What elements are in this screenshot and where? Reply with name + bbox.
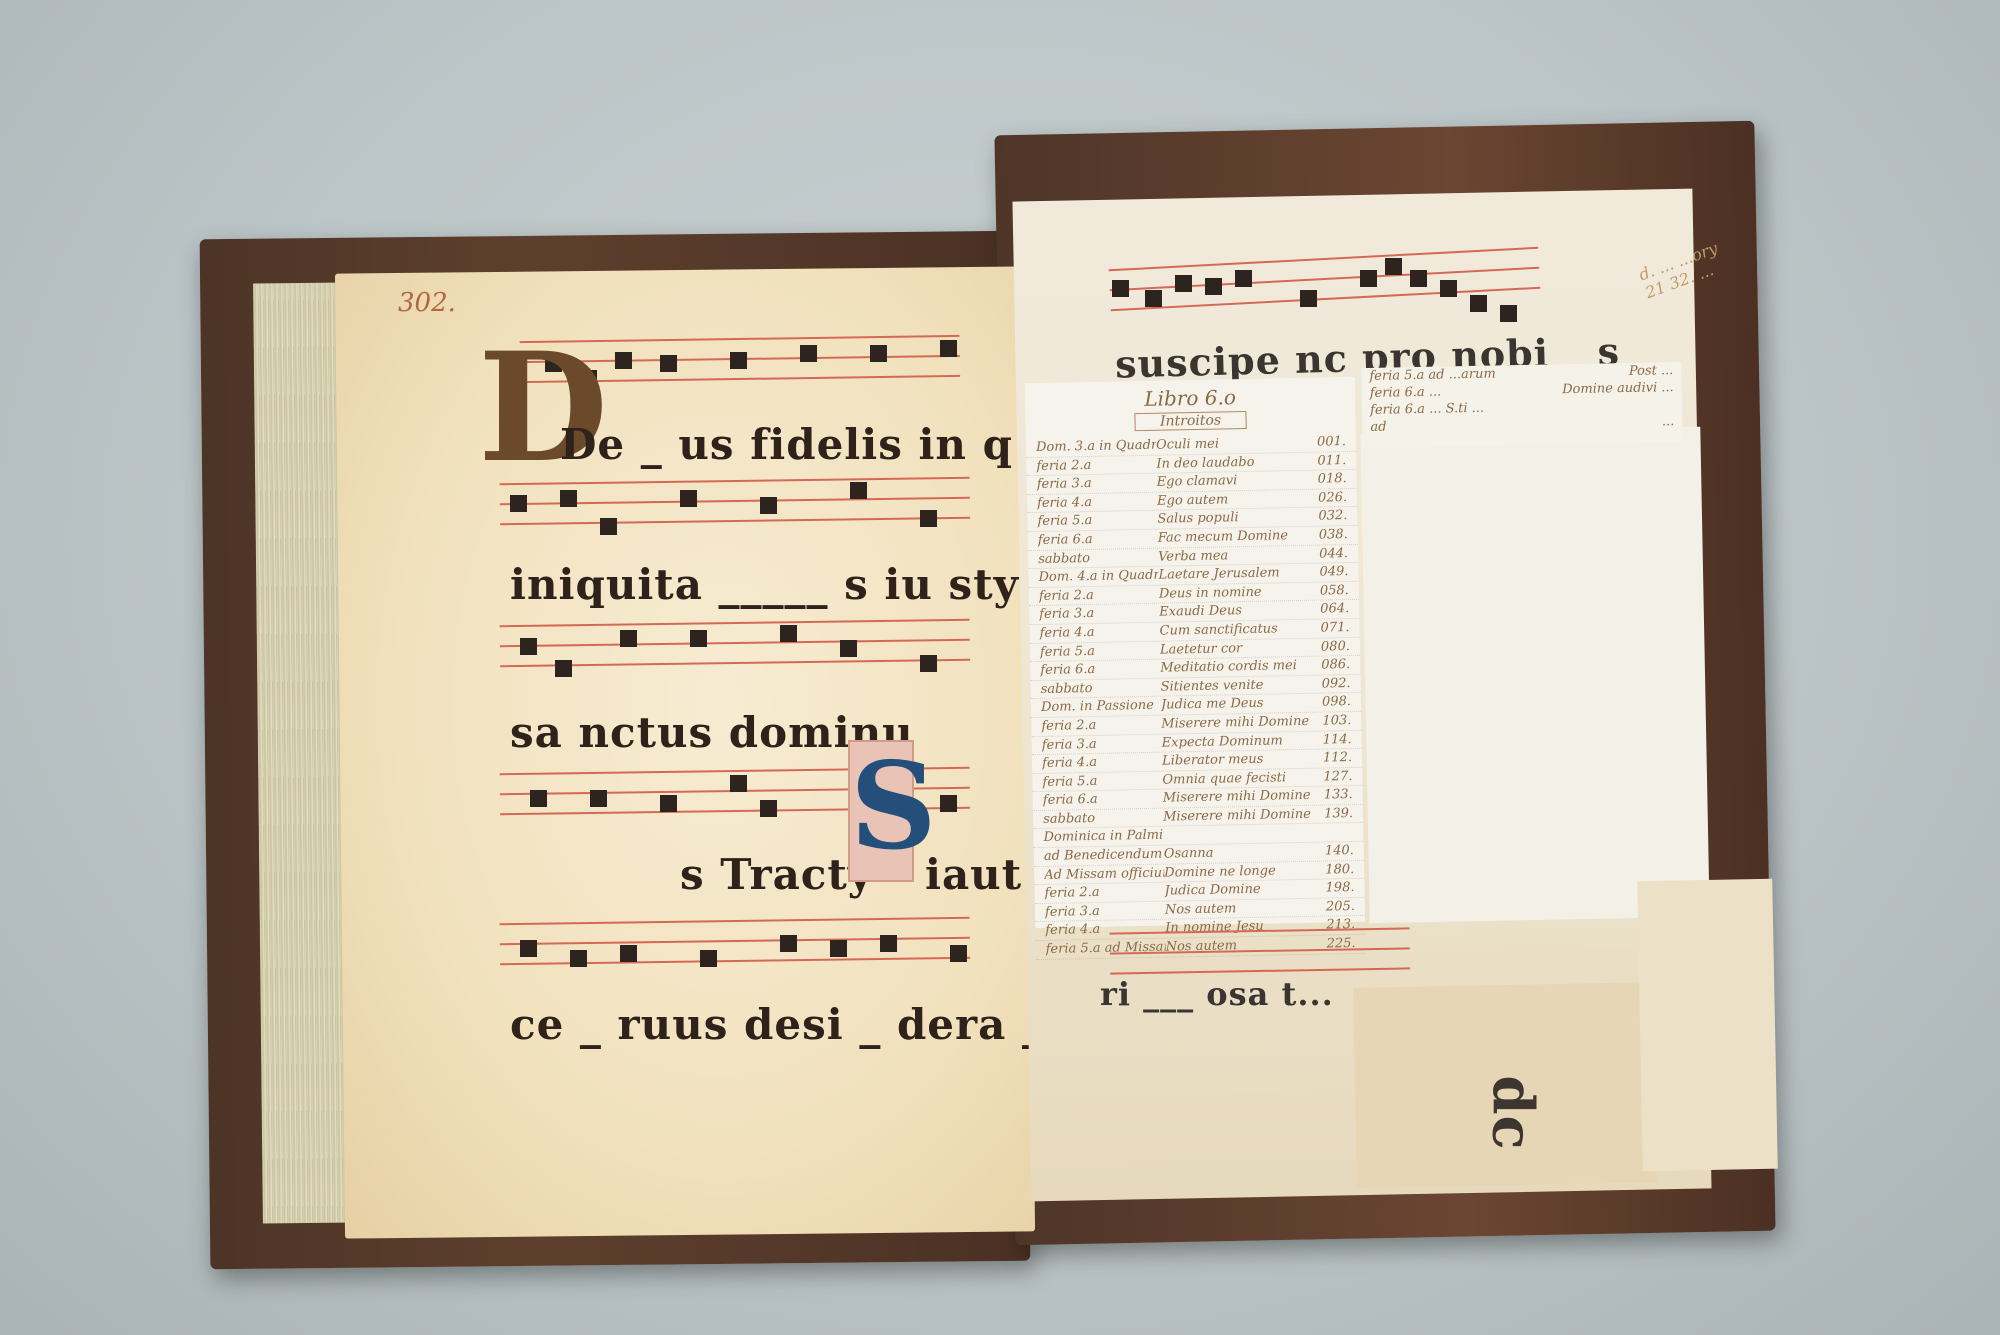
neume <box>1235 270 1252 287</box>
neume <box>590 790 607 807</box>
index-text: Nos autem <box>1165 898 1321 919</box>
index-text: Laetare Jerusalem <box>1158 564 1314 585</box>
index-day: feria 5.a <box>1042 771 1162 791</box>
index-day: feria 2.a <box>1036 455 1156 475</box>
index-continued-rows: feria 5.a ad ...arumPost ...feria 6.a ..… <box>1361 362 1682 436</box>
index-text: Miserere mihi Domine <box>1163 787 1319 808</box>
index-page: 038. <box>1314 526 1348 544</box>
neume <box>1175 275 1192 292</box>
index-page: 103. <box>1317 712 1351 730</box>
index-text: Sitientes venite <box>1160 675 1316 696</box>
index-page: 080. <box>1316 638 1350 656</box>
index-page: 140. <box>1320 842 1354 860</box>
neume <box>660 795 677 812</box>
neume <box>840 640 857 657</box>
index-continued-sheet: feria 5.a ad ...arumPost ...feria 6.a ..… <box>1361 362 1682 448</box>
neume <box>780 935 797 952</box>
index-page: 044. <box>1314 545 1348 563</box>
index-page: 205. <box>1321 898 1355 916</box>
index-text <box>1163 824 1319 845</box>
index-text: Miserere mihi Domine <box>1163 806 1319 827</box>
index-text: Domine ne longe <box>1164 861 1320 882</box>
index-page: 180. <box>1320 861 1354 879</box>
index-text: Post ... <box>1629 362 1674 380</box>
pasted-blank-sheet <box>1360 427 1709 923</box>
neume <box>940 340 957 357</box>
neume <box>760 497 777 514</box>
neume <box>920 655 937 672</box>
neume <box>570 950 587 967</box>
index-day: Dom. in Passione <box>1041 697 1161 717</box>
index-text: Deus in nomine <box>1159 582 1315 603</box>
neume <box>1440 280 1457 297</box>
neume <box>680 490 697 507</box>
neume <box>615 352 632 369</box>
index-text: Ego autem <box>1157 489 1313 510</box>
neume <box>1112 280 1129 297</box>
index-text: Ego clamavi <box>1157 471 1313 492</box>
index-text: ... <box>1662 413 1675 430</box>
neume <box>520 940 537 957</box>
index-day: feria 6.a ... <box>1370 384 1442 402</box>
index-day: feria 2.a <box>1039 585 1159 605</box>
index-page: 098. <box>1317 693 1351 711</box>
index-page: 026. <box>1313 489 1347 507</box>
index-sheet: Libro 6.o Introitos Dom. 3.a in Quadrag.… <box>1025 377 1365 928</box>
index-day: feria 4.a <box>1042 753 1162 773</box>
index-day: feria 5.a <box>1040 641 1160 661</box>
index-text: Judica me Deus <box>1161 694 1317 715</box>
index-day: feria 6.a <box>1040 660 1160 680</box>
neume <box>600 518 617 535</box>
index-page: 133. <box>1319 786 1353 804</box>
index-day: feria 6.a <box>1038 530 1158 550</box>
index-page: 127. <box>1318 768 1352 786</box>
neume <box>520 638 537 655</box>
index-text: Meditatio cordis mei <box>1160 657 1316 678</box>
neume <box>620 630 637 647</box>
neume <box>1300 290 1317 307</box>
neume <box>800 345 817 362</box>
index-day: Ad Missam officium <box>1044 864 1164 884</box>
index-page: 049. <box>1314 563 1348 581</box>
index-page: 114. <box>1318 731 1352 749</box>
index-page: 001. <box>1312 433 1346 451</box>
index-page <box>1319 823 1353 841</box>
lyric-line-2: iniquita _____ s iu sty et <box>510 560 1083 609</box>
index-page: 071. <box>1315 619 1349 637</box>
neume <box>1470 295 1487 312</box>
index-day: feria 3.a <box>1042 734 1162 754</box>
index-text: In deo laudabo <box>1156 452 1312 473</box>
index-page: 086. <box>1316 656 1350 674</box>
index-page: 018. <box>1313 470 1347 488</box>
neume <box>830 940 847 957</box>
index-text: Salus populi <box>1157 508 1313 529</box>
index-page: 198. <box>1320 879 1354 897</box>
index-day: feria 5.a ad ...arum <box>1369 366 1496 385</box>
neume <box>555 660 572 677</box>
index-text: Laetetur cor <box>1160 638 1316 659</box>
index-day: feria 5.a <box>1037 511 1157 531</box>
index-day: feria 4.a <box>1039 623 1159 643</box>
index-text: Miserere mihi Domine <box>1161 713 1317 734</box>
index-text: Domine audivi ... <box>1562 379 1674 398</box>
neume <box>1385 258 1402 275</box>
decorated-initial-s: S <box>848 740 914 882</box>
index-subtitle: Introitos <box>1134 411 1246 431</box>
index-text: Omnia quae fecisti <box>1162 768 1318 789</box>
neume <box>760 800 777 817</box>
index-text: Osanna <box>1164 843 1320 864</box>
neume <box>620 945 637 962</box>
index-day: feria 6.a <box>1043 790 1163 810</box>
fragment-letters: dc <box>1480 1075 1546 1150</box>
index-title: Libro 6.o <box>1025 383 1355 413</box>
index-day: Dom. 4.a in Quadrag.ma <box>1038 567 1158 587</box>
lyric-after-initial: iaut <box>925 850 1022 899</box>
folio-number: 302. <box>398 288 456 318</box>
index-day: Dominica in Palmis <box>1043 827 1163 847</box>
index-rows: Dom. 3.a in Quadrag.maOculi mei001.feria… <box>1026 433 1366 960</box>
index-page: 032. <box>1313 507 1347 525</box>
bottom-lyric: ri ___ osa t... <box>1100 975 1334 1013</box>
neume <box>660 355 677 372</box>
index-page: 064. <box>1315 600 1349 618</box>
neume <box>870 345 887 362</box>
neume <box>510 495 527 512</box>
index-page: 139. <box>1319 805 1353 823</box>
neume <box>690 630 707 647</box>
index-page: 092. <box>1316 675 1350 693</box>
index-day: feria 3.a <box>1039 604 1159 624</box>
index-day: feria 6.a ... S.ti ... <box>1370 400 1484 419</box>
neume <box>880 935 897 952</box>
lyric-line-4: s Tracty <box>680 850 873 899</box>
neume <box>530 790 547 807</box>
neume <box>850 482 867 499</box>
index-text: Fac mecum Domine <box>1158 527 1314 548</box>
index-text: Cum sanctificatus <box>1159 620 1315 641</box>
index-page: 011. <box>1312 452 1346 470</box>
index-text: Verba mea <box>1158 545 1314 566</box>
neume <box>780 625 797 642</box>
index-day: ad Benedicendum Ramos <box>1044 846 1164 866</box>
index-day: feria 4.a <box>1037 492 1157 512</box>
index-day: sabbato <box>1043 809 1163 829</box>
index-text: Expecta Dominum <box>1162 731 1318 752</box>
neume <box>950 945 967 962</box>
index-text: Exaudi Deus <box>1159 601 1315 622</box>
index-day: ad <box>1370 419 1386 436</box>
neume <box>1410 270 1427 287</box>
neume <box>1205 278 1222 295</box>
neume <box>920 510 937 527</box>
illuminated-initial-d: D <box>478 320 609 496</box>
index-text: Liberator meus <box>1162 750 1318 771</box>
index-day: sabbato <box>1038 548 1158 568</box>
neume <box>730 775 747 792</box>
index-day: sabbato <box>1041 678 1161 698</box>
index-day: feria 2.a <box>1041 716 1161 736</box>
neume <box>940 795 957 812</box>
neume <box>700 950 717 967</box>
neume <box>1145 290 1162 307</box>
index-day: feria 3.a <box>1037 474 1157 494</box>
index-day: feria 3.a <box>1045 901 1165 921</box>
neume <box>1360 270 1377 287</box>
index-text: Judica Domine <box>1164 880 1320 901</box>
pasted-fragment <box>1637 879 1778 1172</box>
index-day: Dom. 3.a in Quadrag.ma <box>1036 437 1156 457</box>
index-text: Oculi mei <box>1156 434 1312 455</box>
index-page: 112. <box>1318 749 1352 767</box>
index-day: feria 2.a <box>1044 883 1164 903</box>
neume <box>730 352 747 369</box>
neume <box>1500 305 1517 322</box>
index-page: 058. <box>1315 582 1349 600</box>
